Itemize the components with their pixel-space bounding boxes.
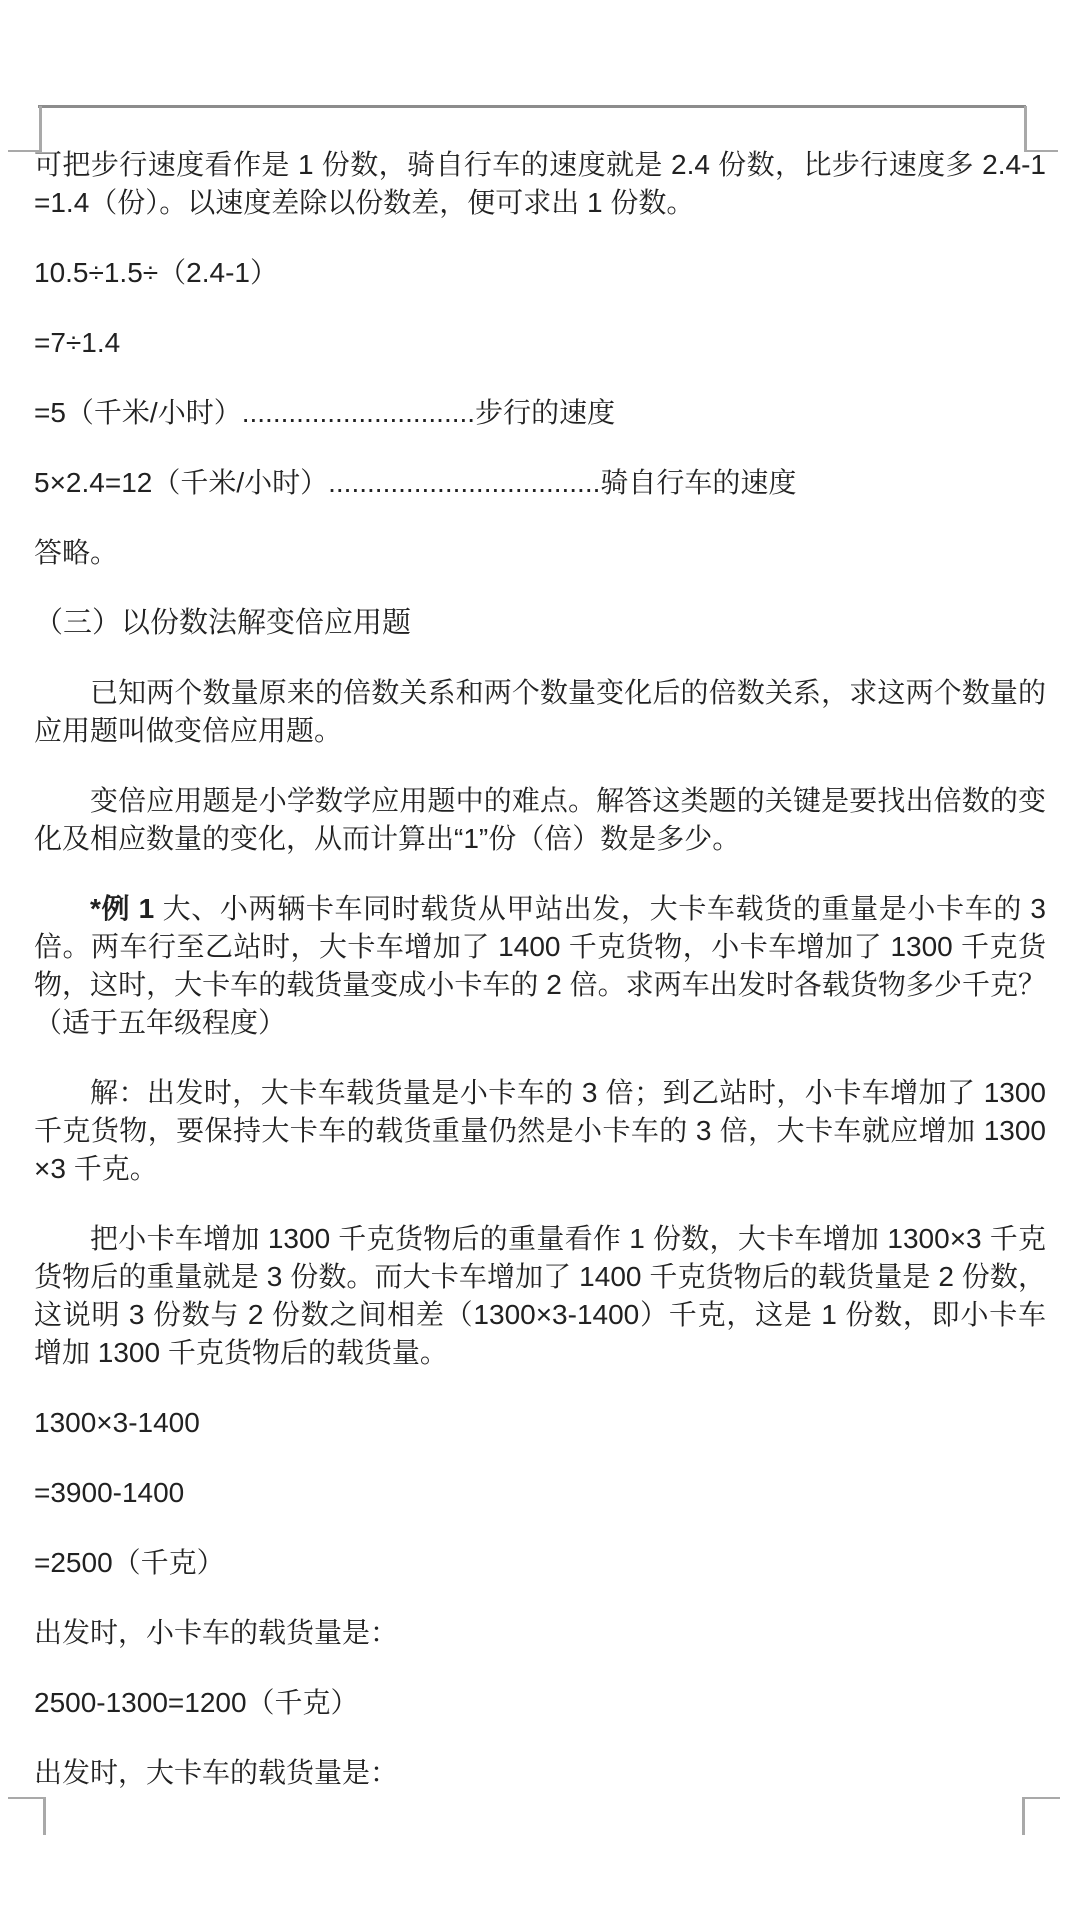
example-1-label: *例 1 [90, 893, 154, 924]
line-small-truck-intro: 出发时，小卡车的载货量是： [34, 1614, 1046, 1652]
paragraph-example-1: *例 1 大、小两辆卡车同时载货从甲站出发，大卡车载货的重量是小卡车的 3 倍。… [34, 890, 1046, 1042]
paragraph-difficulty: 变倍应用题是小学数学应用题中的难点。解答这类题的关键是要找出倍数的变化及相应数量… [34, 782, 1046, 858]
equation-difference-expression: 1300×3-1400 [34, 1404, 1046, 1442]
equation-small-truck: 2500-1300=1200（千克） [34, 1684, 1046, 1722]
paragraph-intro-shares: 可把步行速度看作是 1 份数，骑自行车的速度就是 2.4 份数，比步行速度多 2… [34, 146, 1046, 222]
text-column: 可把步行速度看作是 1 份数，骑自行车的速度就是 2.4 份数，比步行速度多 2… [0, 0, 1080, 1824]
equation-walk-step: =7÷1.4 [34, 324, 1046, 362]
example-1-body: 大、小两辆卡车同时载货从甲站出发，大卡车载货的重量是小卡车的 3 倍。两车行至乙… [34, 893, 1046, 1038]
line-big-truck-intro: 出发时，大卡车的载货量是： [34, 1754, 1046, 1792]
document-page: 可把步行速度看作是 1 份数，骑自行车的速度就是 2.4 份数，比步行速度多 2… [0, 0, 1080, 1920]
equation-difference-step: =3900-1400 [34, 1474, 1046, 1512]
paragraph-definition: 已知两个数量原来的倍数关系和两个数量变化后的倍数关系，求这两个数量的应用题叫做变… [34, 674, 1046, 750]
section-heading: （三）以份数法解变倍应用题 [34, 604, 1046, 642]
paragraph-shares-reasoning: 把小卡车增加 1300 千克货物后的重量看作 1 份数，大卡车增加 1300×3… [34, 1220, 1046, 1372]
equation-bike-result: 5×2.4=12（千米/小时）.........................… [34, 464, 1046, 502]
equation-walk-expression: 10.5÷1.5÷（2.4-1） [34, 254, 1046, 292]
equation-difference-result: =2500（千克） [34, 1544, 1046, 1582]
paragraph-solution: 解：出发时，大卡车载货量是小卡车的 3 倍；到乙站时，小卡车增加了 1300 千… [34, 1074, 1046, 1188]
answer-omitted-note: 答略。 [34, 534, 1046, 572]
equation-walk-result: =5（千米/小时）..............................步… [34, 394, 1046, 432]
